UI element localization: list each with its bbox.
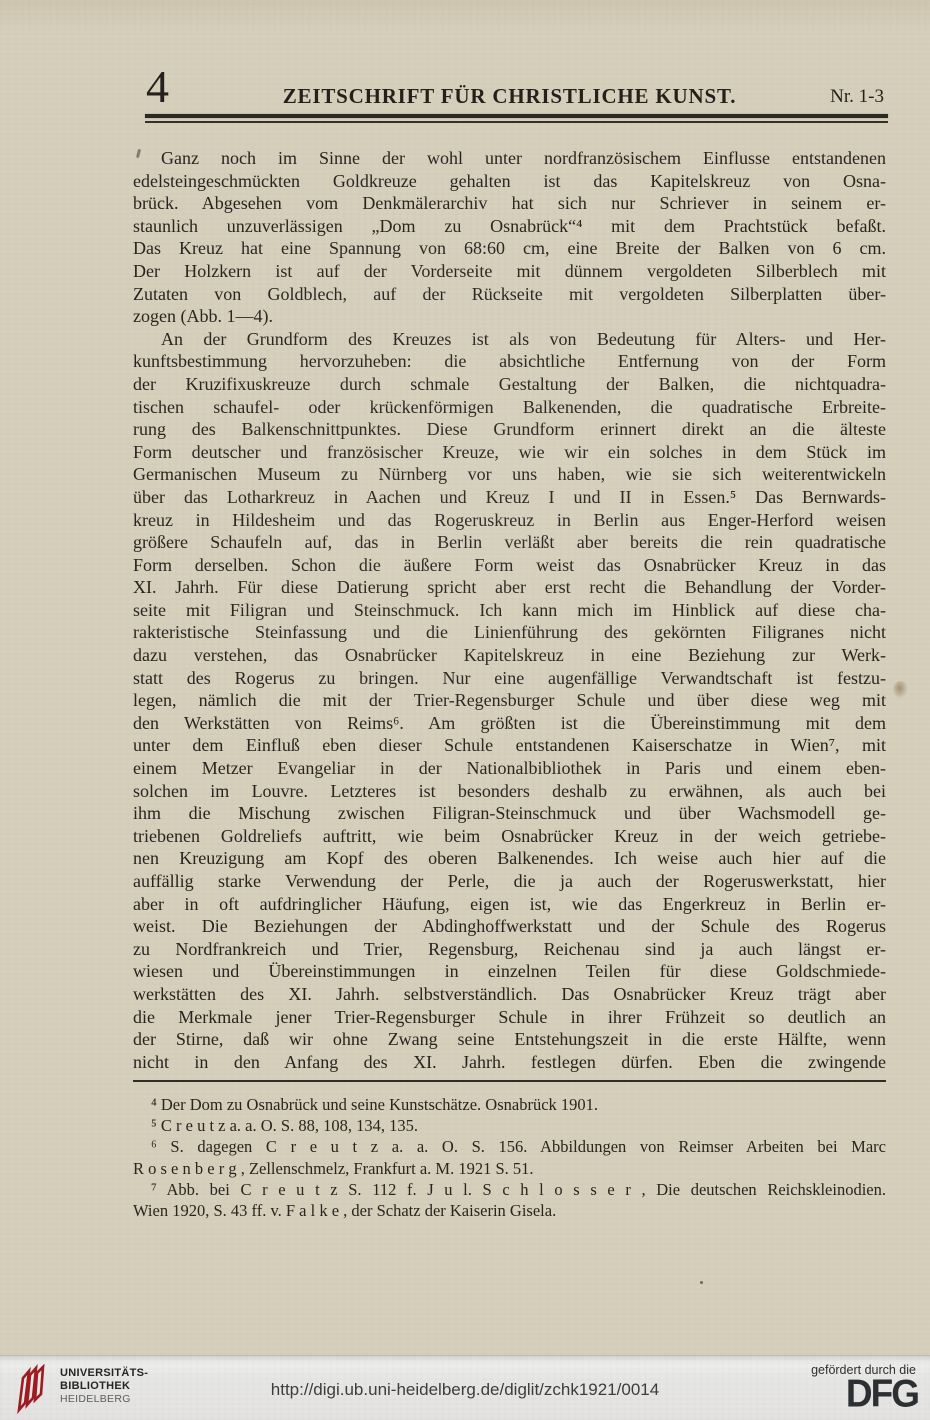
footnote-line: ⁴ Der Dom zu Osnabrück und seine Kunstsc… <box>133 1094 886 1115</box>
scan-url: http://digi.ub.uni-heidelberg.de/diglit/… <box>0 1380 930 1400</box>
text-line: statt des Rogerus zu bringen. Nur eine a… <box>133 667 886 690</box>
text-line: dazu verstehen, das Osnabrücker Kapitels… <box>133 644 886 667</box>
footnote-line: ⁵ C r e u t z a. a. O. S. 88, 108, 134, … <box>133 1115 886 1136</box>
text-line: zu Nordfrankreich und Trier, Regensburg,… <box>133 938 886 961</box>
header-rule-thin <box>145 121 888 123</box>
text-line: rakteristische Steinfassung und die Lini… <box>133 621 886 644</box>
journal-title: ZEITSCHRIFT FÜR CHRISTLICHE KUNST. <box>133 84 886 109</box>
text-line: nicht in den Anfang des XI. Jahrh. festl… <box>133 1051 886 1074</box>
text-line: auffällig starke Verwendung der Perle, d… <box>133 870 886 893</box>
text-line: einem Metzer Evangeliar in der Nationalb… <box>133 757 886 780</box>
footnote-line: ⁶ S. dagegen C r e u t z a. a. O. S. 156… <box>133 1136 886 1157</box>
paper-speck <box>700 1281 703 1284</box>
text-line: den Werkstätten von Reims⁶. Am größten i… <box>133 712 886 735</box>
scanned-journal-page: 4 ZEITSCHRIFT FÜR CHRISTLICHE KUNST. Nr.… <box>0 0 930 1420</box>
text-line: legen, nämlich die mit der Trier-Regensb… <box>133 689 886 712</box>
text-line: Form deutscher und französischer Kreuze,… <box>133 441 886 464</box>
text-line: aber in oft aufdringlicher Häufung, eige… <box>133 893 886 916</box>
text-line: brück. Abgesehen vom Denkmälerarchiv hat… <box>133 192 886 215</box>
text-line: der Stirne, daß wir ohne Zwang seine Ent… <box>133 1028 886 1051</box>
text-line: der Kruzifixuskreuze durch schmale Gesta… <box>133 373 886 396</box>
library-name-line1: UNIVERSITÄTS- <box>60 1367 148 1380</box>
text-line: weist. Die Beziehungen der Abdinghoffwer… <box>133 915 886 938</box>
text-line: nen Kreuzigung am Kopf des oberen Balken… <box>133 847 886 870</box>
text-line: rung des Balkenschnittpunktes. Diese Gru… <box>133 418 886 441</box>
text-line: seite mit Filigran und Steinschmuck. Ich… <box>133 599 886 622</box>
text-line: die Merkmale jener Trier-Regensburger Sc… <box>133 1006 886 1029</box>
text-line: Der Holzkern ist auf der Vorderseite mit… <box>133 260 886 283</box>
article-text: Ganz noch im Sinne der wohl unter nordfr… <box>133 147 886 1073</box>
text-line: ihm die Mischung zwischen Filigran-Stein… <box>133 802 886 825</box>
text-line: kunftsbestimmung hervorzuheben: die absi… <box>133 350 886 373</box>
text-line: tischen schaufel- oder krückenförmigen B… <box>133 396 886 419</box>
text-line: Zutaten von Goldblech, auf der Rückseite… <box>133 283 886 306</box>
footnote-line: Wien 1920, S. 43 ff. v. F a l k e , der … <box>133 1200 886 1221</box>
text-line: größere Schaufeln auf, das in Berlin ver… <box>133 531 886 554</box>
text-line: unter dem Einfluß eben dieser Schule ent… <box>133 734 886 757</box>
text-line: XI. Jahrh. Für diese Datierung spricht a… <box>133 576 886 599</box>
text-line: solchen im Louvre. Letzteres ist besonde… <box>133 780 886 803</box>
margin-smudge <box>893 681 908 699</box>
text-line: staunlich unzuverlässigen „Dom zu Osnabr… <box>133 215 886 238</box>
page-top-shading <box>0 0 930 30</box>
footnotes: ⁴ Der Dom zu Osnabrück und seine Kunstsc… <box>133 1094 886 1221</box>
text-line: Ganz noch im Sinne der wohl unter nordfr… <box>133 147 886 170</box>
footnote-line: R o s e n b e r g , Zellenschmelz, Frank… <box>133 1158 886 1179</box>
dfg-logo: DFG <box>846 1374 918 1414</box>
text-line: über das Lotharkreuz in Aachen und Kreuz… <box>133 486 886 509</box>
issue-number: Nr. 1-3 <box>830 86 884 108</box>
footnote-separator <box>133 1080 886 1082</box>
text-line: An der Grundform des Kreuzes ist als von… <box>133 328 886 351</box>
text-line: kreuz in Hildesheim und das Rogeruskreuz… <box>133 509 886 532</box>
text-line: zogen (Abb. 1—4). <box>133 305 886 328</box>
footnote-line: ⁷ Abb. bei C r e u t z S. 112 f. J u l. … <box>133 1179 886 1200</box>
viewer-footer: UNIVERSITÄTS- BIBLIOTHEK HEIDELBERG http… <box>0 1355 930 1420</box>
text-line: Form derselben. Schon die äußere Form we… <box>133 554 886 577</box>
text-line: wiesen und Übereinstimmungen in einzelne… <box>133 960 886 983</box>
text-line: Das Kreuz hat eine Spannung von 68:60 cm… <box>133 237 886 260</box>
text-line: edelsteingeschmückten Goldkreuze gehalte… <box>133 170 886 193</box>
text-line: triebenen Goldreliefs auftritt, wie beim… <box>133 825 886 848</box>
header-rule-thick <box>145 114 888 118</box>
text-line: Germanischen Museum zu Nürnberg vor uns … <box>133 463 886 486</box>
text-line: werkstätten des XI. Jahrh. selbstverstän… <box>133 983 886 1006</box>
